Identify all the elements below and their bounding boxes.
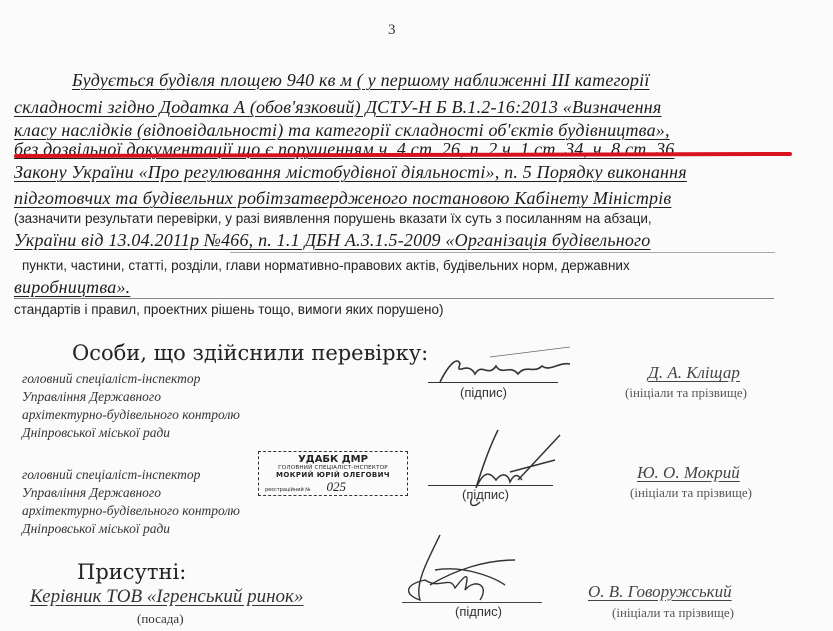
signature-caption: (підпис) (462, 487, 509, 502)
instruction-note-3: стандартів і правил, проектних рішень то… (14, 302, 443, 317)
inspector-1-role: головний спеціаліст-інспектор Управління… (22, 370, 240, 442)
instruction-note-2: пункти, частини, статті, розділи, глави … (22, 258, 630, 273)
findings-line-7: України від 13.04.2011р №466, п. 1.1 ДБН… (14, 230, 650, 251)
signature-line (402, 602, 542, 603)
role-line: Управління Державного (22, 484, 240, 502)
role-line: архітектурно-будівельного контролю (22, 406, 240, 424)
inspector-2-role: головний спеціаліст-інспектор Управління… (22, 466, 240, 538)
inspector-2-name: Ю. О. Мокрий (637, 463, 740, 483)
stamp-name: МОКРИЙ ЮРІЙ ОЛЕГОВИЧ (259, 471, 407, 479)
signature-1 (430, 352, 590, 392)
inspectors-heading: Особи, що здійснили перевірку: (72, 341, 428, 365)
name-caption: (ініціали та прізвище) (630, 485, 752, 501)
role-line: Дніпровської міської ради (22, 520, 240, 538)
signature-caption: (підпис) (460, 385, 507, 400)
findings-line-3: класу наслідків (відповідальності) та ка… (14, 120, 670, 141)
stamp-reg-label: реєстраційний № (265, 487, 311, 493)
present-heading: Присутні: (77, 560, 186, 584)
name-caption: (ініціали та прізвище) (625, 385, 747, 401)
inspector-1-name: Д. А. Кліщар (648, 363, 740, 383)
official-stamp: УДАБК ДМР ГОЛОВНИЙ СПЕЦІАЛІСТ-ІНСПЕКТОР … (258, 451, 408, 496)
signature-caption: (підпис) (455, 604, 502, 619)
instruction-note-1: (зазначити результати перевірки, у разі … (14, 211, 652, 226)
present-position: Керівник ТОВ «Ігренський ринок» (30, 586, 303, 608)
findings-line-8: виробництва». (14, 277, 130, 298)
role-line: Дніпровської міської ради (22, 424, 240, 442)
name-caption: (ініціали та прізвище) (612, 605, 734, 621)
findings-line-5: Закону України «Про регулювання містобуд… (14, 162, 687, 183)
role-line: головний спеціаліст-інспектор (22, 370, 240, 388)
role-line: головний спеціаліст-інспектор (22, 466, 240, 484)
role-line: Управління Державного (22, 388, 240, 406)
fill-line (230, 252, 775, 253)
stamp-title: УДАБК ДМР (259, 454, 407, 465)
page-number: 3 (388, 22, 396, 39)
fill-line (14, 298, 774, 299)
signature-line (428, 485, 553, 486)
findings-line-2: складності згідно Додатка А (обов'язкови… (14, 97, 661, 118)
findings-line-1: Будується будівля площею 940 кв м ( у пе… (72, 70, 650, 91)
position-caption: (посада) (137, 611, 184, 627)
role-line: архітектурно-будівельного контролю (22, 502, 240, 520)
findings-line-6: підготовчих та будівельних робітзатвердж… (14, 188, 671, 209)
stamp-reg-number: 025 (327, 479, 347, 494)
present-name: О. В. Говоружський (588, 582, 732, 602)
signature-line (428, 382, 558, 383)
